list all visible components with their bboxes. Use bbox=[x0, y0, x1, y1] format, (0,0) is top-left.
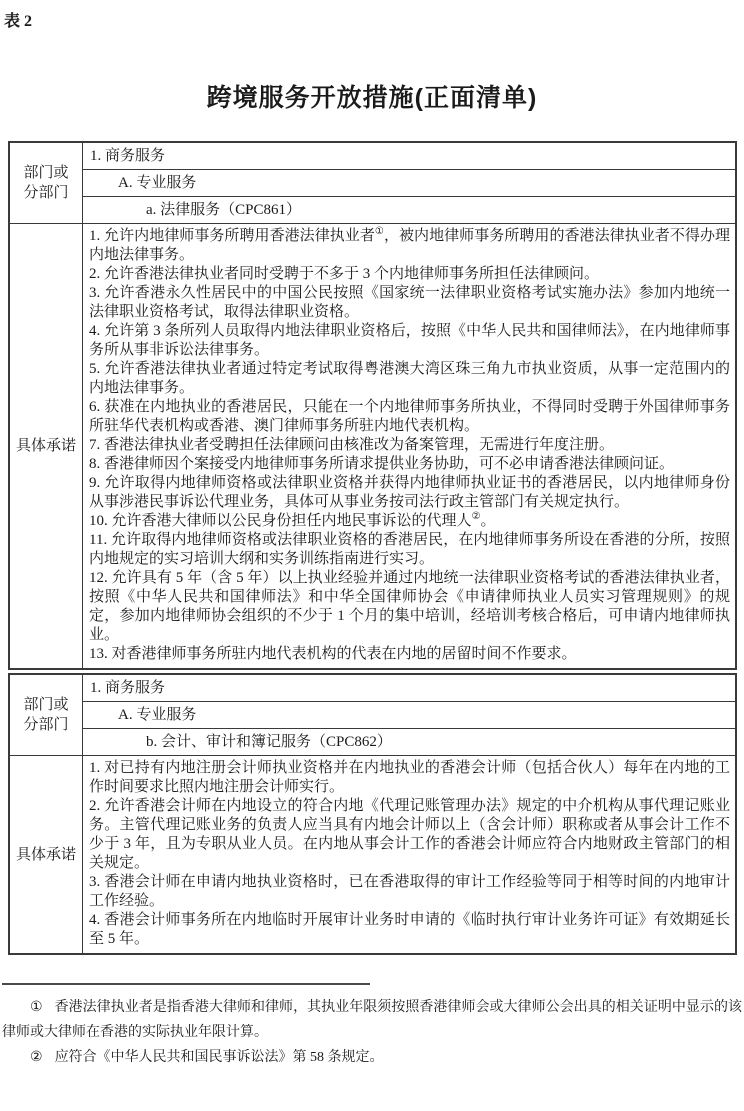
page-title: 跨境服务开放措施(正面清单) bbox=[0, 84, 744, 113]
commitments-row-header: 具体承诺 bbox=[9, 756, 83, 955]
commitment-item: 12. 允许具有 5 年（含 5 年）以上执业经验并通过内地统一法律职业资格考试… bbox=[89, 569, 730, 645]
commitment-item: 2. 允许香港会计师在内地设立的符合内地《代理记账管理办法》规定的中介机构从事代… bbox=[89, 797, 730, 873]
commitment-item: 3. 允许香港永久性居民中的中国公民按照《国家统一法律职业资格考试实施办法》参加… bbox=[89, 284, 730, 322]
table-row: a. 法律服务（CPC861） bbox=[9, 197, 736, 224]
commitment-item: 10. 允许香港大律师以公民身份担任内地民事诉讼的代理人②。 bbox=[89, 512, 730, 531]
footnotes-section: ①香港法律执业者是指香港大律师和律师，其执业年限须按照香港律师会或大律师公会出具… bbox=[2, 995, 742, 1070]
category-level-1: 1. 商务服务 bbox=[83, 674, 737, 702]
commitment-item: 6. 获准在内地执业的香港居民，只能在一个内地律师事务所执业，不得同时受聘于外国… bbox=[89, 398, 730, 436]
table-row: 具体承诺 1. 对已持有内地注册会计师执业资格并在内地执业的香港会计师（包括合伙… bbox=[9, 756, 736, 955]
footnote-1-text: 香港法律执业者是指香港大律师和律师，其执业年限须按照香港律师会或大律师公会出具的… bbox=[2, 1000, 742, 1040]
tables-container: 部门或分部门 1. 商务服务 A. 专业服务 a. 法律服务（CPC861） 具… bbox=[8, 141, 737, 955]
commitment-item: 1. 允许内地律师事务所聘用香港法律执业者①，被内地律师事务所聘用的香港法律执业… bbox=[89, 227, 730, 265]
footnote-ref-1: ① bbox=[375, 226, 384, 237]
commitment-item: 11. 允许取得内地律师资格或法律职业资格的香港居民，在内地律师事务所设在香港的… bbox=[89, 531, 730, 569]
sector-row-header-label: 部门或分部门 bbox=[24, 695, 69, 735]
table-row: 具体承诺 1. 允许内地律师事务所聘用香港法律执业者①，被内地律师事务所聘用的香… bbox=[9, 224, 736, 670]
commitments-row-header: 具体承诺 bbox=[9, 224, 83, 670]
commitment-text: 1. 允许内地律师事务所聘用香港法律执业者 bbox=[89, 228, 375, 244]
footnote-2: ②应符合《中华人民共和国民事诉讼法》第 58 条规定。 bbox=[2, 1045, 742, 1070]
footnote-2-marker: ② bbox=[30, 1050, 43, 1065]
commitment-text: 。 bbox=[480, 513, 495, 529]
table-row: A. 专业服务 bbox=[9, 170, 736, 197]
category-level-1: 1. 商务服务 bbox=[83, 142, 737, 170]
table-row: 部门或分部门 1. 商务服务 bbox=[9, 674, 736, 702]
sector-row-header: 部门或分部门 bbox=[9, 142, 83, 224]
table-row: A. 专业服务 bbox=[9, 702, 736, 729]
category-level-2: A. 专业服务 bbox=[83, 702, 737, 729]
commitments-cell: 1. 允许内地律师事务所聘用香港法律执业者①，被内地律师事务所聘用的香港法律执业… bbox=[83, 224, 737, 670]
commitment-item: 7. 香港法律执业者受聘担任法律顾问由核准改为备案管理，无需进行年度注册。 bbox=[89, 436, 730, 455]
footnote-separator bbox=[2, 983, 370, 985]
commitments-cell: 1. 对已持有内地注册会计师执业资格并在内地执业的香港会计师（包括合伙人）每年在… bbox=[83, 756, 737, 955]
sector-row-header-label: 部门或分部门 bbox=[24, 163, 69, 203]
category-level-2: A. 专业服务 bbox=[83, 170, 737, 197]
commitment-item: 3. 香港会计师在申请内地执业资格时，已在香港取得的审计工作经验等同于相等时间的… bbox=[89, 873, 730, 911]
commitment-item: 2. 允许香港法律执业者同时受聘于不多于 3 个内地律师事务所担任法律顾问。 bbox=[89, 265, 730, 284]
commitment-item: 4. 允许第 3 条所列人员取得内地法律职业资格后，按照《中华人民共和国律师法》… bbox=[89, 322, 730, 360]
commitment-item: 13. 对香港律师事务所驻内地代表机构的代表在内地的居留时间不作要求。 bbox=[89, 645, 730, 664]
sector-row-header: 部门或分部门 bbox=[9, 674, 83, 756]
commitments-table-legal-services: 部门或分部门 1. 商务服务 A. 专业服务 a. 法律服务（CPC861） 具… bbox=[8, 141, 737, 670]
commitment-text: 10. 允许香港大律师以公民身份担任内地民事诉讼的代理人 bbox=[89, 513, 472, 529]
table-number-label: 表 2 bbox=[0, 0, 744, 32]
commitment-item: 1. 对已持有内地注册会计师执业资格并在内地执业的香港会计师（包括合伙人）每年在… bbox=[89, 759, 730, 797]
commitment-item: 8. 香港律师因个案接受内地律师事务所请求提供业务协助，可不必申请香港法律顾问证… bbox=[89, 455, 730, 474]
table-row: b. 会计、审计和簿记服务（CPC862） bbox=[9, 729, 736, 756]
commitments-table-accounting-services: 部门或分部门 1. 商务服务 A. 专业服务 b. 会计、审计和簿记服务（CPC… bbox=[8, 673, 737, 955]
footnote-1: ①香港法律执业者是指香港大律师和律师，其执业年限须按照香港律师会或大律师公会出具… bbox=[2, 995, 742, 1045]
footnote-1-marker: ① bbox=[30, 1000, 43, 1015]
category-level-3: a. 法律服务（CPC861） bbox=[83, 197, 737, 224]
commitment-item: 5. 允许香港法律执业者通过特定考试取得粤港澳大湾区珠三角九市执业资质，从事一定… bbox=[89, 360, 730, 398]
commitment-item: 4. 香港会计师事务所在内地临时开展审计业务时申请的《临时执行审计业务许可证》有… bbox=[89, 911, 730, 949]
footnote-2-text: 应符合《中华人民共和国民事诉讼法》第 58 条规定。 bbox=[55, 1050, 384, 1065]
commitment-item: 9. 允许取得内地律师资格或法律职业资格并获得内地律师执业证书的香港居民，以内地… bbox=[89, 474, 730, 512]
category-level-3: b. 会计、审计和簿记服务（CPC862） bbox=[83, 729, 737, 756]
table-row: 部门或分部门 1. 商务服务 bbox=[9, 142, 736, 170]
